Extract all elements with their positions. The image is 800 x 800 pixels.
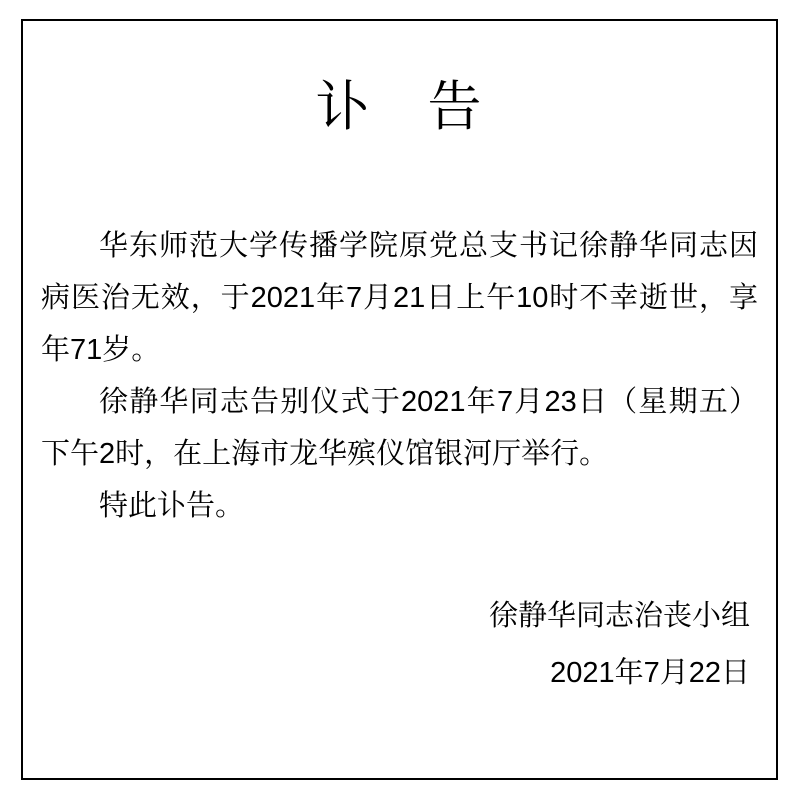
obituary-page: 讣 告 华东师范大学传播学院原党总支书记徐静华同志因病医治无效，于2021年7月… <box>0 0 800 800</box>
signature-block: 徐静华同志治丧小组 2021年7月22日 <box>23 588 776 702</box>
paragraph-death-announcement: 华东师范大学传播学院原党总支书记徐静华同志因病医治无效，于2021年7月21日上… <box>41 220 758 376</box>
notice-body: 华东师范大学传播学院原党总支书记徐静华同志因病医治无效，于2021年7月21日上… <box>23 220 776 532</box>
notice-date: 2021年7月22日 <box>23 645 750 702</box>
notice-border-frame: 讣 告 华东师范大学传播学院原党总支书记徐静华同志因病医治无效，于2021年7月… <box>21 19 778 780</box>
paragraph-closing: 特此讣告。 <box>41 480 758 532</box>
notice-title: 讣 告 <box>23 75 776 140</box>
paragraph-farewell-ceremony: 徐静华同志告别仪式于2021年7月23日（星期五）下午2时，在上海市龙华殡仪馆银… <box>41 376 758 480</box>
signature-group-name: 徐静华同志治丧小组 <box>23 588 750 645</box>
